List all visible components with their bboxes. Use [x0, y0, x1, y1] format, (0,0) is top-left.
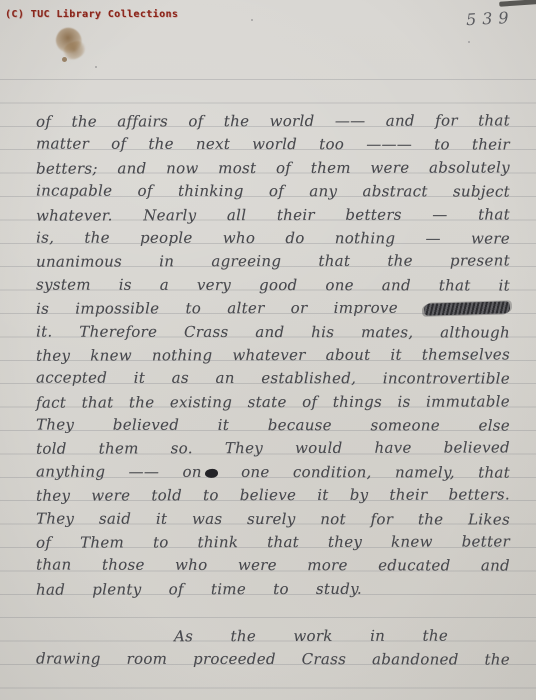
- manuscript-word: and: [386, 110, 415, 133]
- manuscript-line: theyknewnothingwhateveraboutitthemselves: [36, 343, 510, 368]
- manuscript-word: that: [478, 109, 510, 132]
- manuscript-word: not: [320, 508, 346, 531]
- manuscript-word: time: [211, 578, 246, 601]
- manuscript-word: unanimous: [36, 251, 122, 275]
- manuscript-word: said: [99, 507, 131, 530]
- manuscript-word: although: [440, 321, 510, 345]
- manuscript-word: proceeded: [193, 648, 276, 672]
- manuscript-word: anything: [36, 460, 105, 484]
- manuscript-word: that: [82, 391, 114, 414]
- manuscript-word: it: [390, 344, 401, 367]
- manuscript-word: those: [102, 554, 145, 577]
- manuscript-word: the: [84, 227, 110, 250]
- manuscript-word: on: [182, 461, 217, 484]
- manuscript-word: alter: [227, 297, 264, 321]
- page-number: 539: [466, 8, 515, 30]
- manuscript-word: Likes: [468, 508, 510, 531]
- manuscript-line: [36, 601, 510, 625]
- manuscript-line: systemisaverygoodoneandthatit: [36, 273, 510, 297]
- manuscript-line: accepteditasanestablished,incontrovertib…: [36, 367, 510, 391]
- manuscript-word: now: [166, 157, 198, 180]
- manuscript-word: thinking: [178, 180, 244, 204]
- manuscript-word: the: [387, 250, 413, 273]
- manuscript-word: so.: [171, 438, 193, 461]
- manuscript-page: (C) TUC Library Collections 539 oftheaff…: [0, 0, 536, 700]
- manuscript-word: the: [484, 648, 510, 671]
- manuscript-word: ——: [129, 461, 160, 484]
- manuscript-line: anything——ononecondition,namely,that: [36, 460, 510, 484]
- manuscript-word: had: [36, 578, 65, 601]
- manuscript-word: else: [479, 415, 511, 438]
- manuscript-word: the: [129, 391, 155, 414]
- manuscript-word: for: [371, 508, 394, 531]
- manuscript-word: to: [185, 297, 201, 320]
- manuscript-word: work: [293, 624, 332, 648]
- manuscript-line: it.ThereforeCrassandhismates,although: [36, 320, 510, 344]
- manuscript-word: believe: [240, 484, 296, 508]
- manuscript-line: ofThemtothinkthattheyknewbetter: [36, 530, 510, 555]
- manuscript-word: betters.: [448, 484, 510, 508]
- manuscript-word: condition,: [293, 461, 372, 485]
- manuscript-word: in: [159, 251, 174, 274]
- manuscript-word: of: [111, 133, 126, 156]
- manuscript-word: world: [270, 110, 315, 134]
- manuscript-word: Them: [80, 531, 124, 555]
- ink-stain-dot: [62, 57, 67, 62]
- manuscript-word: was: [192, 507, 222, 530]
- manuscript-word: system: [36, 273, 91, 297]
- manuscript-word: too: [319, 133, 344, 156]
- manuscript-word: namely,: [395, 461, 455, 485]
- manuscript-word: that: [478, 461, 510, 484]
- manuscript-word: matter: [36, 133, 89, 157]
- manuscript-word: ——: [335, 110, 366, 133]
- manuscript-word: of: [276, 157, 291, 180]
- manuscript-word: more: [307, 554, 348, 577]
- manuscript-word: the: [422, 624, 448, 647]
- manuscript-word: surely: [247, 508, 296, 532]
- manuscript-word: and: [117, 157, 146, 180]
- manuscript-word: affairs: [117, 110, 168, 134]
- manuscript-word: that: [318, 250, 350, 273]
- manuscript-word: —: [425, 227, 440, 250]
- manuscript-line: drawingroomproceededCrassabandonedthe: [36, 647, 510, 671]
- manuscript-word: room: [127, 648, 168, 671]
- manuscript-word: were: [238, 554, 277, 577]
- manuscript-word: told: [151, 484, 182, 507]
- manuscript-word: who: [175, 554, 207, 577]
- manuscript-line: Theybelieveditbecausesomeoneelse: [36, 414, 510, 438]
- manuscript-word: them: [99, 438, 139, 462]
- manuscript-word: incapable: [36, 180, 112, 204]
- manuscript-word: improve: [334, 297, 398, 321]
- manuscript-word: mates,: [361, 321, 413, 345]
- manuscript-word: the: [418, 508, 444, 531]
- manuscript-word: betters;: [36, 157, 98, 181]
- manuscript-word: his: [311, 321, 334, 344]
- manuscript-word: things: [333, 390, 382, 414]
- manuscript-word: people: [140, 227, 193, 251]
- manuscript-word: established,: [261, 367, 356, 391]
- manuscript-word: of: [302, 391, 317, 414]
- manuscript-word: fact: [36, 391, 66, 414]
- manuscript-word: is: [119, 273, 132, 296]
- manuscript-word: of: [169, 578, 184, 601]
- manuscript-line: Astheworkinthe: [36, 624, 510, 649]
- manuscript-word: They: [36, 507, 74, 530]
- manuscript-word: nothing: [335, 227, 396, 251]
- manuscript-word: whatever: [232, 344, 305, 368]
- manuscript-word: or: [291, 297, 308, 320]
- manuscript-word: absolutely: [429, 156, 510, 180]
- manuscript-word: drawing: [36, 647, 101, 671]
- paper-speck: [95, 66, 97, 68]
- paper-speck: [468, 41, 470, 43]
- manuscript-word: betters: [345, 203, 401, 227]
- manuscript-word: were: [370, 156, 409, 180]
- manuscript-line: betters;andnowmostofthemwereabsolutely: [36, 156, 510, 181]
- manuscript-word: than: [36, 554, 72, 577]
- manuscript-word: whatever.: [36, 204, 113, 228]
- manuscript-word: would: [295, 437, 342, 461]
- manuscript-word: by: [350, 484, 369, 507]
- manuscript-word: it: [218, 414, 229, 437]
- manuscript-line: hadplentyoftimetostudy.: [36, 577, 510, 602]
- manuscript-word: subject: [453, 181, 510, 205]
- manuscript-word: it: [156, 507, 167, 530]
- manuscript-line: factthattheexistingstateofthingsisimmuta…: [36, 390, 510, 415]
- manuscript-word: state: [248, 391, 287, 415]
- manuscript-line: oftheaffairsoftheworld——andforthat: [36, 109, 510, 134]
- manuscript-word: one: [325, 274, 354, 297]
- manuscript-word: —: [432, 203, 447, 226]
- manuscript-word: them: [311, 157, 351, 181]
- manuscript-word: agreeing: [211, 250, 281, 274]
- manuscript-word: accepted: [36, 367, 107, 391]
- manuscript-word: it: [134, 367, 145, 390]
- manuscript-word: and: [382, 274, 411, 297]
- manuscript-word: abstract: [362, 180, 427, 204]
- manuscript-line: TheysaiditwassurelynotfortheLikes: [36, 507, 510, 531]
- manuscript-word: Crass: [302, 648, 347, 671]
- manuscript-word: that: [478, 203, 510, 226]
- manuscript-word: world: [252, 133, 297, 157]
- scribbled-out-word: [424, 301, 510, 315]
- manuscript-word: their: [277, 203, 315, 227]
- manuscript-word: is,: [36, 226, 54, 249]
- manuscript-word: ———: [366, 134, 412, 158]
- manuscript-word: to: [203, 484, 219, 507]
- manuscript-word: very: [197, 274, 231, 297]
- manuscript-word: of: [138, 180, 153, 203]
- manuscript-word: most: [218, 157, 256, 181]
- manuscript-word: it.: [36, 320, 53, 343]
- manuscript-line: incapableofthinkingofanyabstractsubject: [36, 180, 510, 204]
- scan-edge-mark: [499, 0, 536, 7]
- manuscript-word: knew: [90, 344, 132, 368]
- manuscript-word: of: [36, 111, 51, 134]
- manuscript-word: think: [197, 531, 238, 555]
- ink-blot: [205, 469, 218, 478]
- manuscript-word: educated: [378, 555, 450, 579]
- manuscript-word: have: [374, 437, 411, 461]
- manuscript-word: to: [273, 578, 289, 601]
- manuscript-word: their: [472, 134, 510, 157]
- manuscript-word: next: [196, 133, 230, 156]
- manuscript-word: they: [36, 344, 70, 367]
- manuscript-word: one: [241, 461, 270, 484]
- manuscript-word: They: [225, 437, 263, 461]
- handwritten-text: oftheaffairsoftheworld——andforthatmatter…: [36, 110, 510, 671]
- manuscript-word: of: [36, 532, 51, 555]
- manuscript-word: existing: [170, 391, 232, 415]
- manuscript-line: is,thepeoplewhodonothing—were: [36, 226, 510, 250]
- manuscript-word: about: [326, 344, 371, 368]
- manuscript-word: themselves: [422, 343, 510, 367]
- manuscript-word: incontrovertible: [383, 368, 510, 392]
- manuscript-word: were: [91, 485, 130, 509]
- manuscript-word: someone: [370, 414, 440, 438]
- manuscript-word: the: [224, 110, 250, 133]
- manuscript-word: Therefore: [79, 320, 157, 344]
- manuscript-word: present: [450, 250, 510, 274]
- manuscript-word: plenty: [92, 578, 141, 602]
- manuscript-word: and: [255, 320, 284, 343]
- manuscript-word: do: [285, 227, 304, 250]
- manuscript-word: to: [434, 134, 450, 157]
- manuscript-word: knew: [391, 531, 433, 555]
- manuscript-word: nothing: [152, 344, 213, 368]
- manuscript-word: is: [397, 390, 410, 413]
- manuscript-word: an: [215, 367, 234, 390]
- manuscript-word: immutable: [426, 390, 510, 414]
- manuscript-word: of: [188, 110, 203, 133]
- manuscript-word: because: [268, 414, 332, 438]
- manuscript-word: good: [259, 274, 298, 297]
- manuscript-word: who: [223, 227, 255, 250]
- manuscript-word: impossible: [75, 297, 159, 321]
- manuscript-word: and: [481, 555, 510, 578]
- manuscript-line: unanimousinagreeingthatthepresent: [36, 250, 510, 275]
- manuscript-line: theyweretoldtobelieveitbytheirbetters.: [36, 484, 510, 509]
- copyright-watermark: (C) TUC Library Collections: [5, 9, 178, 20]
- manuscript-word: is: [36, 298, 49, 321]
- manuscript-word: abandoned: [372, 648, 459, 672]
- manuscript-word: their: [389, 484, 427, 508]
- manuscript-word: that: [267, 531, 299, 554]
- manuscript-line: whatever.Nearlyalltheirbetters—that: [36, 203, 510, 228]
- manuscript-word: As: [174, 625, 193, 648]
- manuscript-line: matterofthenextworldtoo———totheir: [36, 133, 510, 157]
- manuscript-word: the: [230, 625, 256, 648]
- manuscript-word: believed: [444, 437, 510, 461]
- manuscript-word: better: [462, 530, 510, 554]
- manuscript-word: to: [153, 531, 169, 554]
- manuscript-word: in: [370, 624, 385, 647]
- manuscript-word: They: [36, 414, 74, 437]
- manuscript-word: it: [317, 484, 328, 507]
- manuscript-word: study.: [316, 578, 362, 602]
- manuscript-word: it: [499, 274, 510, 297]
- manuscript-word: they: [328, 531, 362, 554]
- manuscript-word: the: [148, 133, 174, 156]
- manuscript-line: thanthosewhoweremoreeducatedand: [36, 554, 510, 578]
- manuscript-word: believed: [113, 414, 179, 438]
- manuscript-word: any: [309, 180, 337, 203]
- manuscript-word: for: [435, 110, 458, 133]
- manuscript-word: were: [471, 227, 510, 250]
- manuscript-word: they: [36, 485, 70, 508]
- manuscript-word: a: [160, 273, 169, 296]
- manuscript-line: toldthemso.Theywouldhavebelieved: [36, 437, 510, 462]
- manuscript-word: Nearly: [143, 204, 196, 228]
- manuscript-line: isimpossibletoalterorimprove: [36, 297, 510, 322]
- manuscript-word: that: [439, 274, 471, 297]
- manuscript-word: the: [71, 110, 97, 133]
- manuscript-word: told: [36, 438, 67, 461]
- manuscript-word: of: [269, 180, 284, 203]
- paper-speck: [251, 19, 253, 21]
- manuscript-word: as: [172, 367, 189, 390]
- manuscript-word: all: [227, 204, 247, 227]
- manuscript-word: Crass: [184, 320, 229, 343]
